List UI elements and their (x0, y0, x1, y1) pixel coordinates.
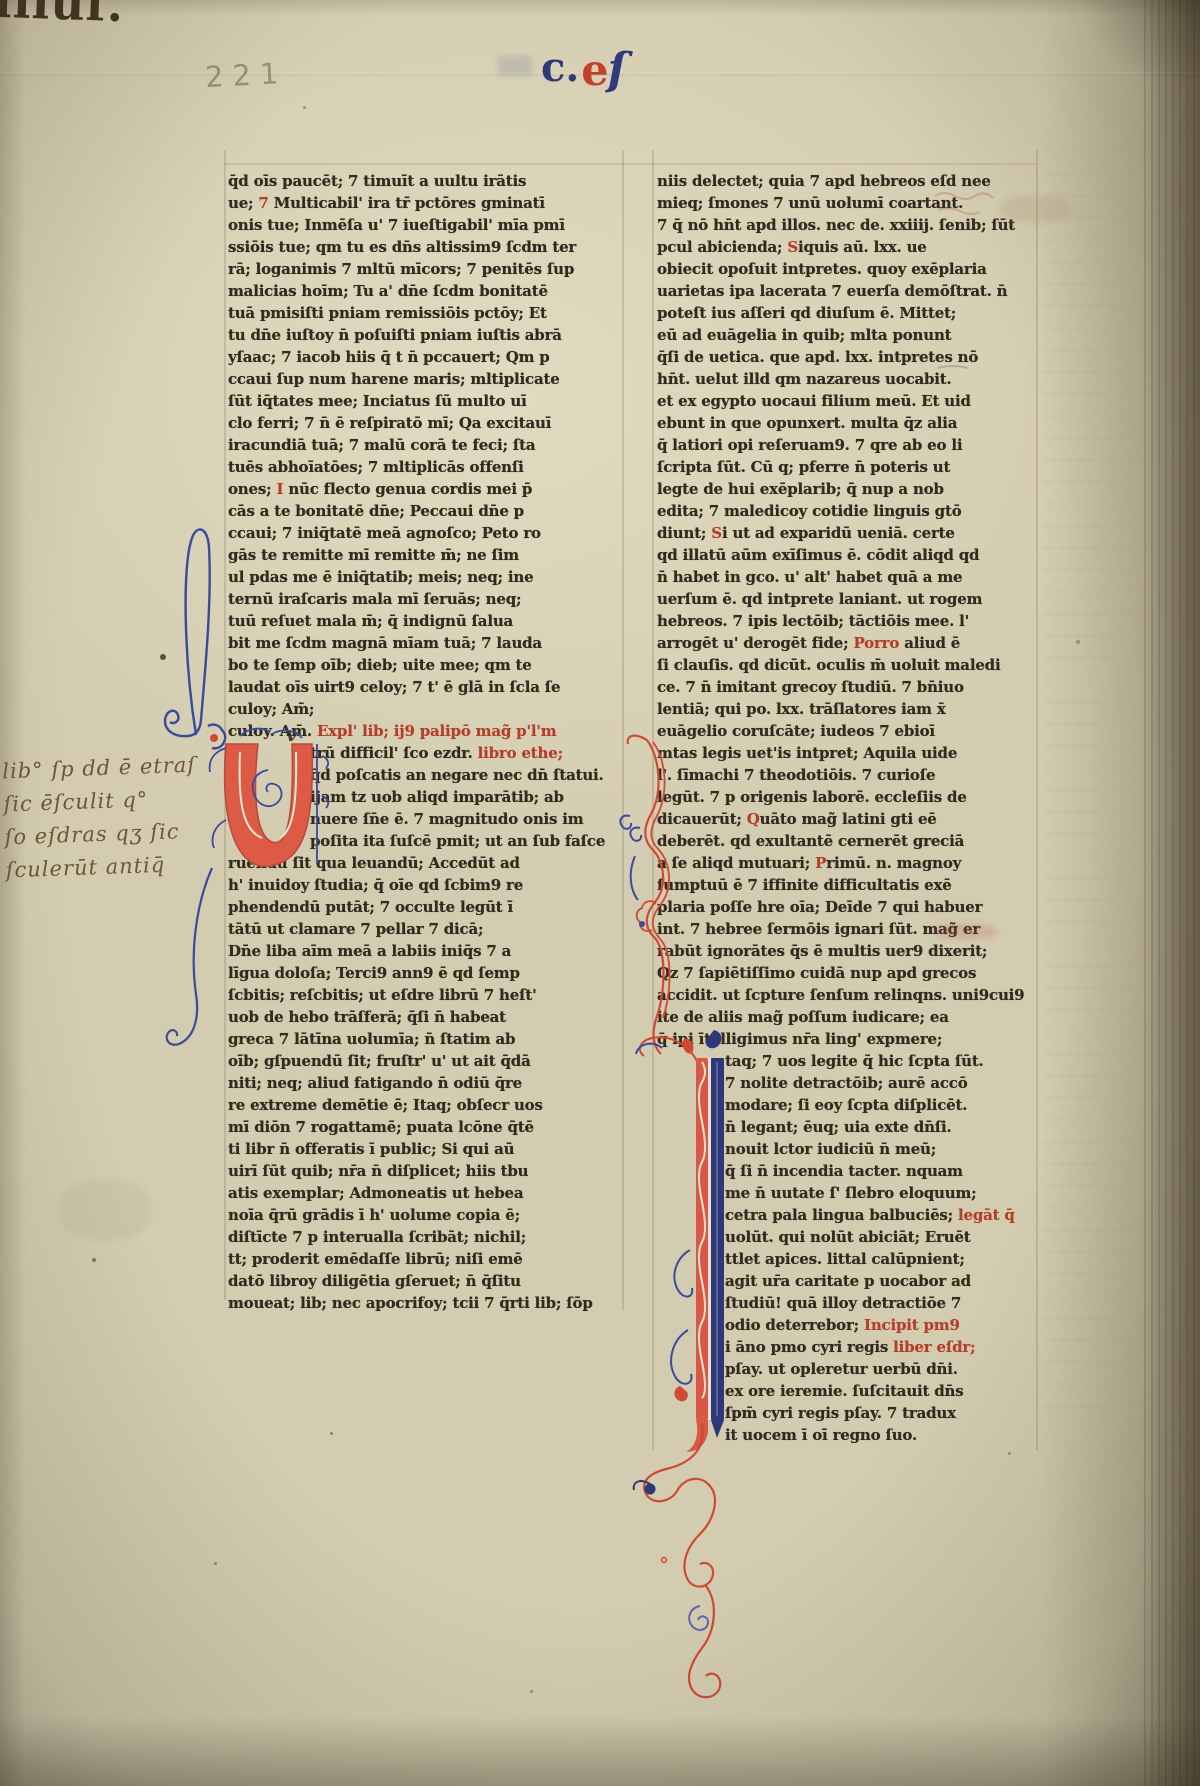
rubric-text: liber eſdr; (893, 1338, 975, 1356)
body-text: mtas legis uet'is intpret; Aquila uide (657, 744, 957, 762)
body-text: ijam tz uob aliqd imparātib; ab (310, 788, 564, 806)
manuscript-text-line: phendendū putāt; 7 occulte legūt ī (228, 896, 624, 918)
body-text: legūt. 7 p origenis laborē. eccleſiis de (657, 788, 967, 806)
manuscript-text-line: n̄ legant; ēuq; uia exte dn̄ſi. (657, 1116, 1035, 1138)
manuscript-text-line: taq; 7 uos legite q̄ hic ſcpta ſūt. (657, 1050, 1035, 1072)
body-text: edita; 7 maledicoy cotidie linguis gtō (657, 502, 962, 520)
body-text: eū ad euāgelia in quib; mlta ponunt (657, 326, 951, 344)
manuscript-text-line: datō libroy diligētia gſeruet; n̄ q̄ſitu (228, 1270, 624, 1292)
tail-flourish (634, 1424, 721, 1697)
ruling-line (224, 163, 1036, 165)
manuscript-text-line: tuā pmisiſti pniam remissiōis pctōy; Et (228, 302, 624, 324)
body-text: l'. ſīmachi 7 theodotiōis. 7 curioſe (657, 766, 935, 784)
body-text: euāgelio coruſcāte; iudeos 7 ebioī (657, 722, 935, 740)
manuscript-text-line: yſaac; 7 iacob hiis q̄ t n̄ pccauert; Qm… (228, 346, 624, 368)
marginal-gloss: lib° ſp dd ē etraſſic ēſculit q°ſo eſdra… (2, 749, 200, 888)
body-text: it uocem ī oī regno ſuo. (725, 1426, 917, 1444)
manuscript-text-line: iracundiā tuā; 7 malū corā te feci; ſta (228, 434, 624, 456)
manuscript-text-line: ccaui; 7 iniq̄tatē meā agnoſco; Peto ro (228, 522, 624, 544)
manuscript-text-line: noīa q̄rū grādis ī h' uolume copia ē; (228, 1204, 624, 1226)
manuscript-text-line: legūt. 7 p origenis laborē. eccleſiis de (657, 786, 1035, 808)
body-text: ssiōis tue; qm tu es dn̄s altissim9 ſcdm… (228, 238, 576, 256)
body-text: q̄ ſi n̄ incendia tacter. nquam (725, 1162, 963, 1180)
body-text: uob de hebo trāſferā; q̄ſi n̄ habeat (228, 1008, 506, 1026)
manuscript-text-line: nuere ſn̄e ē. 7 magnitudo onis im (228, 808, 624, 830)
ink-speck (92, 1258, 96, 1262)
body-text: ce. 7 n̄ imitant grecoy ſtudiū. 7 bn̄iuo (657, 678, 964, 696)
manuscript-page: ılluſ. 221 c. e ſ v lib° ſp dd ē etraſſi… (0, 0, 1200, 1786)
rubric-text: Expl' lib; ij9 palipō mag̃ p'l'm (317, 722, 556, 740)
body-text: datō libroy diligētia gſeruet; n̄ q̄ſitu (228, 1272, 521, 1290)
manuscript-text-line: 7 q̄ nō hn̄t apd illos. nec de. xxiiij. … (657, 214, 1035, 236)
body-text: q̄ latiori opi reſeruam9. 7 qre ab eo li (657, 436, 962, 454)
body-text: odio deterrebor; (725, 1316, 864, 1334)
body-text: niti; neq; aliud fatigando n̄ odiū q̄re (228, 1074, 522, 1092)
body-text: malicias hoīm; Tu a' dn̄e ſcdm bonitatē (228, 282, 548, 300)
body-text: me n̄ uutate ſ' ſlebro eloquum; (725, 1184, 976, 1202)
manuscript-text-line: malicias hoīm; Tu a' dn̄e ſcdm bonitatē (228, 280, 624, 302)
rubric-text: Incipit pm9 (864, 1316, 960, 1334)
body-text: ti libr n̄ offeratis ī public; Si qui aū (228, 1140, 514, 1158)
ruling-line (652, 150, 654, 1450)
running-header-glyph: c. (541, 44, 579, 91)
body-text: tt; proderit emēdaſſe librū; niſi emē (228, 1250, 523, 1268)
body-text: nūc flecto genua cordis mei p̄ (283, 480, 532, 498)
parchment-stain (60, 1180, 150, 1240)
body-text: diſtīcte 7 p interualla ſcribāt; nichil; (228, 1228, 526, 1246)
manuscript-text-line: q̄d oīs paucēt; 7 timuīt a uultu irātis (228, 170, 624, 192)
body-text: ſcripta ſūt. Cū q; pferre n̄ poteris ut (657, 458, 950, 476)
body-text: tuēs abhoīatōes; 7 mltiplicās offenſi (228, 458, 524, 476)
manuscript-text-line: mieq; ſmones 7 unū uolumī coartant. (657, 192, 1035, 214)
manuscript-text-line: bo te ſemp oīb; dieb; uite mee; qm te (228, 654, 624, 676)
manuscript-text-line: h' inuidoy ſtudia; q̄ oīe qd ſcbim9 re (228, 874, 624, 896)
body-text: rabūt ignorātes q̄s ē multis uer9 dixeri… (657, 942, 987, 960)
manuscript-text-line: niis delectet; quia 7 apd hebreos eſd ne… (657, 170, 1035, 192)
manuscript-text-line: hn̄t. uelut illd qm nazareus uocabit. (657, 368, 1035, 390)
manuscript-text-line: poſita ita ſuſcē pmit; ut an ſub faſce (228, 830, 624, 852)
manuscript-text-line: eū ad euāgelia in quib; mlta ponunt (657, 324, 1035, 346)
manuscript-text-line: a ſe aliqd mutuari; Primū. n. magnoy (657, 852, 1035, 874)
body-text: q̄d poſcatis an negare nec dn̄ ſtatui. (310, 766, 604, 784)
manuscript-text-line: ul pdas me ē iniq̄tatib; meis; neq; ine (228, 566, 624, 588)
manuscript-text-line: ti libr n̄ offeratis ī public; Si qui aū (228, 1138, 624, 1160)
header-ink-smear (498, 56, 532, 76)
body-text: ſic ēſculit q° (3, 787, 149, 816)
body-text: uāto mag̃ latini gti eē (760, 810, 937, 828)
body-text: ebunt in que opunxert. multa q̄z alia (657, 414, 957, 432)
body-text: qd illatū aūm exīſimus ē. cōdit aliqd qd (657, 546, 979, 564)
body-text: ſumptuū ē 7 iffinite difficultatis exē (657, 876, 952, 894)
manuscript-text-line: ebunt in que opunxert. multa q̄z alia (657, 412, 1035, 434)
body-text: cās a te bonitatē dn̄e; Peccaui dn̄e p (228, 502, 524, 520)
body-text: dicauerūt; (657, 810, 747, 828)
manuscript-text-line: tuēs abhoīatōes; 7 mltiplicās offenſi (228, 456, 624, 478)
margin-flourish-dot (210, 734, 218, 742)
manuscript-text-line: Qz 7 ſapiētiſſimo cuidā nup apd grecos (657, 962, 1035, 984)
body-text: oīb; gſpuendū ſit; fruſtr' u' ut ait q̄d… (228, 1052, 531, 1070)
manuscript-text-line: cetra pala lingua balbuciēs; legāt q̄ (657, 1204, 1035, 1226)
body-text: pcul abicienda; (657, 238, 787, 256)
manuscript-text-line: ſpm̄ cyri regis pſay. 7 tradux (657, 1402, 1035, 1424)
manuscript-text-line: dicauerūt; Quāto mag̃ latini gti eē (657, 808, 1035, 830)
manuscript-text-line: uerſum ē. qd intprete laniant. ut rogem (657, 588, 1035, 610)
body-text: uirī ſūt quib; nr̄a n̄ diſplicet; hiis t… (228, 1162, 528, 1180)
body-text: Dn̄e liba aīm meā a labiis iniq̄s 7 a (228, 942, 511, 960)
margin-tendril (167, 868, 212, 1045)
body-text: phendendū putāt; 7 occulte legūt ī (228, 898, 513, 916)
body-text: niis delectet; quia 7 apd hebreos eſd ne… (657, 172, 991, 190)
body-text: arrogēt u' derogēt fide; (657, 634, 854, 652)
manuscript-text-line: uolūt. qui nolūt abiciāt; Eruēt (657, 1226, 1035, 1248)
manuscript-text-line: hebreos. 7 ipis lectōib; tāctiōis mee. l… (657, 610, 1035, 632)
body-text: ex ore ieremie. ſuſcitauit dn̄s (725, 1382, 964, 1400)
manuscript-text-line: nouit lctor iudiciū n̄ meū; (657, 1138, 1035, 1160)
manuscript-text-line: ſūt iq̄tates mee; Inciatus ſū multo uī (228, 390, 624, 412)
body-text: q̄d oīs paucēt; 7 timuīt a uultu irātis (228, 172, 526, 190)
body-text: uarietas ipa lacerata 7 euerſa demōſtrat… (657, 282, 1007, 300)
body-text: i āno pmo cyri regis (725, 1338, 893, 1356)
body-text: hn̄t. uelut illd qm nazareus uocabit. (657, 370, 952, 388)
manuscript-text-line: ce. 7 n̄ imitant grecoy ſtudiū. 7 bn̄iuo (657, 676, 1035, 698)
manuscript-text-line: n̄ habet in gco. u' alt' habet quā a me (657, 566, 1035, 588)
body-text: agit ur̄a caritate p uocabor ad (725, 1272, 971, 1290)
body-text: hebreos. 7 ipis lectōib; tāctiōis mee. l… (657, 612, 969, 630)
body-text: ſi clauſis. qd dicūt. oculis m̄ uoluit m… (657, 656, 1000, 674)
running-header-glyph: ſ (608, 44, 627, 95)
manuscript-text-line: onis tue; Inmēſa u' 7 iueſtigabil' mīa p… (228, 214, 624, 236)
manuscript-text-line: mtas legis uet'is intpret; Aquila uide (657, 742, 1035, 764)
body-text: h' inuidoy ſtudia; q̄ oīe qd ſcbim9 re (228, 876, 523, 894)
body-text: ſtudiū! quā illoy detractiōe 7 (725, 1294, 961, 1312)
body-text: ccaui ſup num harene maris; mltiplicate (228, 370, 560, 388)
gloss-line: lib° ſp dd ē etraſ (2, 749, 197, 789)
body-text: ternū iraſcaris mala mī ſeruās; neq; (228, 590, 521, 608)
body-text: q̄ ipi ītelligimus nr̄a ling' expmere; (657, 1030, 942, 1048)
rubric-text: Porro (854, 634, 900, 652)
manuscript-text-line: tu dn̄e iuſtoy n̄ poſuiſti pniam iuſtis … (228, 324, 624, 346)
body-text: līgua doloſa; Terci9 ann9 ē qd ſemp (228, 964, 520, 982)
body-text: lentiā; qui po. lxx. trāſlatores iam x̄ (657, 700, 946, 718)
page-edge-stack (1144, 0, 1200, 1786)
manuscript-text-line: ternū iraſcaris mala mī ſeruās; neq; (228, 588, 624, 610)
manuscript-text-line: q̄ latiori opi reſeruam9. 7 qre ab eo li (657, 434, 1035, 456)
body-text: culoy; Am̄; (228, 700, 314, 718)
body-text: noīa q̄rū grādis ī h' uolume copia ē; (228, 1206, 520, 1224)
body-text: modare; ſi eoy ſcpta diſplicēt. (725, 1096, 967, 1114)
body-text: uerſum ē. qd intprete laniant. ut rogem (657, 590, 982, 608)
body-text: tātū ut clamare 7 pellar 7 dicā; (228, 920, 483, 938)
manuscript-text-line: obiecit opoſuit intpretes. quoy exēplari… (657, 258, 1035, 280)
body-text: ſo eſdras qʒ ſic (4, 819, 180, 849)
body-text: iquis aū. lxx. ue (798, 238, 927, 256)
body-text: yſaac; 7 iacob hiis q̄ t n̄ pccauert; Qm… (228, 348, 550, 366)
manuscript-text-line: atis exemplar; Admoneatis ut hebea (228, 1182, 624, 1204)
manuscript-text-line: legte de hui exēplarib; q̄ nup a nob (657, 478, 1035, 500)
body-text: mieq; ſmones 7 unū uolumī coartant. (657, 194, 963, 212)
manuscript-text-line: uob de hebo trāſferā; q̄ſi n̄ habeat (228, 1006, 624, 1028)
manuscript-text-line: odio deterrebor; Incipit pm9 (657, 1314, 1035, 1336)
manuscript-text-line: ones; I nūc flecto genua cordis mei p̄ (228, 478, 624, 500)
manuscript-text-line: pſay. ut opleretur uerbū dn̄i. (657, 1358, 1035, 1380)
manuscript-text-line: ttlet apices. littal calūpnient; (657, 1248, 1035, 1270)
body-text: ccaui; 7 iniq̄tatē meā agnoſco; Peto ro (228, 524, 541, 542)
folio-number-pencil: 221 (204, 56, 288, 94)
body-text: uolūt. qui nolūt abiciāt; Eruēt (725, 1228, 971, 1246)
margin-stain (1000, 196, 1070, 222)
body-text: 7 q̄ nō hn̄t apd illos. nec de. xxiiij. … (657, 216, 1015, 234)
manuscript-text-line: mī diōn 7 rogattamē; puata lcōne q̄tē (228, 1116, 624, 1138)
ink-speck (303, 106, 306, 109)
body-text: ite de aliis mag̃ poſſum iudicare; ea (657, 1008, 949, 1026)
body-text: et ex egypto uocaui filium meū. Et uid (657, 392, 971, 410)
manuscript-text-line: euāgelio coruſcāte; iudeos 7 ebioī (657, 720, 1035, 742)
manuscript-text-line: rā; loganimis 7 mltū mīcors; 7 penitēs ſ… (228, 258, 624, 280)
body-text: moueat; lib; nec apocrifoy; tcii 7 q̄rti… (228, 1294, 593, 1312)
manuscript-text-line: l'. ſīmachi 7 theodotiōis. 7 curioſe (657, 764, 1035, 786)
corner-shadow (1080, 0, 1200, 90)
body-text: aliud ē (899, 634, 960, 652)
manuscript-text-line: deberēt. qd exultantē cernerēt greciā (657, 830, 1035, 852)
body-text: tu dn̄e iuſtoy n̄ poſuiſti pniam iuſtis … (228, 326, 562, 344)
body-text: clo ferri; 7 n̄ ē reſpiratō mī; Qa excit… (228, 414, 551, 432)
body-text: ſculerūt antiq̄ (5, 853, 165, 883)
body-text: ue; (228, 194, 258, 212)
body-text: pſay. ut opleretur uerbū dn̄i. (725, 1360, 958, 1378)
manuscript-text-line: q̄ ſi n̄ incendia tacter. nquam (657, 1160, 1035, 1182)
manuscript-text-line: ſtudiū! quā illoy detractiōe 7 (657, 1292, 1035, 1314)
manuscript-text-line: laudat oīs uirt9 celoy; 7 t' ē glā in ſc… (228, 676, 624, 698)
body-text: cetra pala lingua balbuciēs; (725, 1206, 958, 1224)
manuscript-text-line: diunt; Si ut ad exparidū ueniā. certe (657, 522, 1035, 544)
body-text: atis exemplar; Admoneatis ut hebea (228, 1184, 523, 1202)
rubric-text: libro ethe; (478, 744, 563, 762)
manuscript-text-line: modare; ſi eoy ſcpta diſplicēt. (657, 1094, 1035, 1116)
body-text: a ſe aliqd mutuari; (657, 854, 815, 872)
manuscript-text-line: me n̄ uutate ſ' ſlebro eloquum; (657, 1182, 1035, 1204)
body-text: ſpm̄ cyri regis pſay. 7 tradux (725, 1404, 956, 1422)
body-text: gās te remitte mī remitte m̄; ne ſim (228, 546, 519, 564)
manuscript-text-line: ite de aliis mag̃ poſſum iudicare; ea (657, 1006, 1035, 1028)
body-text: rā; loganimis 7 mltū mīcors; 7 penitēs ſ… (228, 260, 574, 278)
body-text: Multicabil' ira tr̄ pctōres gminatī (269, 194, 545, 212)
body-text: nouit lctor iudiciū n̄ meū; (725, 1140, 936, 1158)
body-text: poteſt ius aſſeri qd diuſum ē. Mittet; (657, 304, 956, 322)
manuscript-text-line: ſcbitis; reſcbitis; ut eſdre librū 7 heſ… (228, 984, 624, 1006)
manuscript-text-line: culoy; Am̄; (228, 698, 624, 720)
manuscript-text-line: ſumptuū ē 7 iffinite difficultatis exē (657, 874, 1035, 896)
manuscript-text-line: lentiā; qui po. lxx. trāſlatores iam x̄ (657, 698, 1035, 720)
manuscript-text-line: poteſt ius aſſeri qd diuſum ē. Mittet; (657, 302, 1035, 324)
body-text: Qz 7 ſapiētiſſimo cuidā nup apd grecos (657, 964, 976, 982)
ink-speck (1008, 1452, 1011, 1455)
body-text: trū difficil' ſco ezdr. (310, 744, 478, 762)
manuscript-text-line: ccaui ſup num harene maris; mltiplicate (228, 368, 624, 390)
margin-flourish-loop (165, 529, 225, 748)
ink-speck (1076, 640, 1080, 644)
rubric-text: Q (747, 810, 760, 828)
manuscript-text-line: et ex egypto uocaui filium meū. Et uid (657, 390, 1035, 412)
body-text: ſūt iq̄tates mee; Inciatus ſū multo uī (228, 392, 527, 410)
manuscript-text-line: tuū reſuet mala m̄; q̄ indignū ſalua (228, 610, 624, 632)
manuscript-text-line: culoy. Am̄. Expl' lib; ij9 palipō mag̃ p… (228, 720, 624, 742)
manuscript-text-line: ssiōis tue; qm tu es dn̄s altissim9 ſcdm… (228, 236, 624, 258)
manuscript-text-line: ruendū ſit qua leuandū; Accedūt ad (228, 852, 624, 874)
body-text: onis tue; Inmēſa u' 7 iueſtigabil' mīa p… (228, 216, 565, 234)
manuscript-text-line: accidit. ut ſcpture ſenſum relinqns. uni… (657, 984, 1035, 1006)
body-text: laudat oīs uirt9 celoy; 7 t' ē glā in ſc… (228, 678, 560, 696)
manuscript-text-line: bit me ſcdm magnā mīam tuā; 7 lauda (228, 632, 624, 654)
ruling-line (224, 150, 226, 1300)
body-text: obiecit opoſuit intpretes. quoy exēplari… (657, 260, 987, 278)
manuscript-text-line: tt; proderit emēdaſſe librū; niſi emē (228, 1248, 624, 1270)
body-text: i ut ad exparidū ueniā. certe (722, 524, 955, 542)
body-text: accidit. ut ſcpture ſenſum relinqns. uni… (657, 986, 1024, 1004)
body-text: q̄ſi de uetica. que apd. lxx. intpretes … (657, 348, 978, 366)
manuscript-text-line: re extreme demētie ē; Itaq; obſecr uos (228, 1094, 624, 1116)
body-text: tuā pmisiſti pniam remissiōis pctōy; Et (228, 304, 547, 322)
manuscript-text-line: rabūt ignorātes q̄s ē multis uer9 dixeri… (657, 940, 1035, 962)
text-column-left: q̄d oīs paucēt; 7 timuīt a uultu irātisu… (228, 170, 624, 1314)
manuscript-text-line: cās a te bonitatē dn̄e; Peccaui dn̄e p (228, 500, 624, 522)
running-header: c. e ſ (541, 44, 627, 96)
body-text: ttlet apices. littal calūpnient; (725, 1250, 965, 1268)
body-text: iracundiā tuā; 7 malū corā te feci; ſta (228, 436, 535, 454)
body-text: taq; 7 uos legite q̄ hic ſcpta ſūt. (725, 1052, 984, 1070)
body-text: bo te ſemp oīb; dieb; uite mee; qm te (228, 656, 532, 674)
manuscript-text-line: i āno pmo cyri regis liber eſdr; (657, 1336, 1035, 1358)
body-text: ul pdas me ē iniq̄tatib; meis; neq; ine (228, 568, 533, 586)
body-text: poſita ita ſuſcē pmit; ut an ſub faſce (310, 832, 605, 850)
body-text: plaria poſſe hre oīa; Deīde 7 qui habuer (657, 898, 982, 916)
manuscript-text-line: plaria poſſe hre oīa; Deīde 7 qui habuer (657, 896, 1035, 918)
manuscript-text-line: edita; 7 maledicoy cotidie linguis gtō (657, 500, 1035, 522)
body-text: diunt; (657, 524, 711, 542)
ink-speck (530, 1690, 533, 1693)
body-text: rimū. n. magnoy (826, 854, 961, 872)
rubric-text: S (787, 238, 798, 256)
manuscript-text-line: tātū ut clamare 7 pellar 7 dicā; (228, 918, 624, 940)
manuscript-text-line: q̄d poſcatis an negare nec dn̄ ſtatui. (228, 764, 624, 786)
ink-speck (214, 1562, 217, 1565)
body-text: re extreme demētie ē; Itaq; obſecr uos (228, 1096, 543, 1114)
manuscript-text-line: uirī ſūt quib; nr̄a n̄ diſplicet; hiis t… (228, 1160, 624, 1182)
body-text: ruendū ſit qua leuandū; Accedūt ad (228, 854, 520, 872)
manuscript-text-line: clo ferri; 7 n̄ ē reſpiratō mī; Qa excit… (228, 412, 624, 434)
rubric-text: legāt q̄ (958, 1206, 1015, 1224)
body-text: deberēt. qd exultantē cernerēt greciā (657, 832, 964, 850)
manuscript-text-line: q̄ ipi ītelligimus nr̄a ling' expmere; (657, 1028, 1035, 1050)
corner-text-fragment: ılluſ. (0, 0, 130, 36)
manuscript-text-line: arrogēt u' derogēt fide; Porro aliud ē (657, 632, 1035, 654)
manuscript-text-line: diſtīcte 7 p interualla ſcribāt; nichil; (228, 1226, 624, 1248)
manuscript-text-line: trū difficil' ſco ezdr. libro ethe; (228, 742, 624, 764)
manuscript-text-line: greca 7 lātīna uolumīa; n̄ ſtatim ab (228, 1028, 624, 1050)
body-text: n̄ legant; ēuq; uia exte dn̄ſi. (725, 1118, 952, 1136)
running-header-glyph: e (581, 46, 608, 96)
body-text: culoy. Am̄. (228, 722, 317, 740)
body-text: legte de hui exēplarib; q̄ nup a nob (657, 480, 944, 498)
manuscript-text-line: q̄ſi de uetica. que apd. lxx. intpretes … (657, 346, 1035, 368)
body-text: nuere ſn̄e ē. 7 magnitudo onis im (310, 810, 583, 828)
manuscript-text-line: ijam tz uob aliqd imparātib; ab (228, 786, 624, 808)
manuscript-text-line: ex ore ieremie. ſuſcitauit dn̄s (657, 1380, 1035, 1402)
ruling-line (1036, 150, 1038, 1450)
manuscript-text-line: ſcripta ſūt. Cū q; pferre n̄ poteris ut (657, 456, 1035, 478)
body-text: 7 nolite detractōib; aurē accō (725, 1074, 968, 1092)
rubric-text: P (815, 854, 826, 872)
rubric-text: 7 (258, 194, 268, 212)
manuscript-text-line: Dn̄e liba aīm meā a labiis iniq̄s 7 a (228, 940, 624, 962)
ink-speck (160, 654, 166, 660)
body-text: greca 7 lātīna uolumīa; n̄ ſtatim ab (228, 1030, 515, 1048)
manuscript-text-line: it uocem ī oī regno ſuo. (657, 1424, 1035, 1446)
manuscript-text-line: līgua doloſa; Terci9 ann9 ē qd ſemp (228, 962, 624, 984)
manuscript-text-line: ſi clauſis. qd dicūt. oculis m̄ uoluit m… (657, 654, 1035, 676)
body-text: ſcbitis; reſcbitis; ut eſdre librū 7 heſ… (228, 986, 536, 1004)
margin-stain (935, 924, 997, 939)
manuscript-text-line: agit ur̄a caritate p uocabor ad (657, 1270, 1035, 1292)
body-text: n̄ habet in gco. u' alt' habet quā a me (657, 568, 962, 586)
manuscript-text-line: moueat; lib; nec apocrifoy; tcii 7 q̄rti… (228, 1292, 624, 1314)
ink-speck (330, 1432, 333, 1435)
body-text: ones; (228, 480, 276, 498)
rubric-text: S (711, 524, 722, 542)
body-text: bit me ſcdm magnā mīam tuā; 7 lauda (228, 634, 542, 652)
text-column-right: niis delectet; quia 7 apd hebreos eſd ne… (657, 170, 1035, 1446)
body-text: int. 7 hebree ſermōis ignari ſūt. mag̃ e… (657, 920, 980, 938)
manuscript-text-line: uarietas ipa lacerata 7 euerſa demōſtrat… (657, 280, 1035, 302)
gloss-line: ſculerūt antiq̄ (5, 848, 200, 888)
gloss-line: ſo eſdras qʒ ſic (4, 815, 199, 855)
manuscript-text-line: pcul abicienda; Siquis aū. lxx. ue (657, 236, 1035, 258)
manuscript-text-line: ue; 7 Multicabil' ira tr̄ pctōres gminat… (228, 192, 624, 214)
body-text: mī diōn 7 rogattamē; puata lcōne q̄tē (228, 1118, 534, 1136)
verso-showthrough (1042, 150, 1134, 1410)
body-text: tuū reſuet mala m̄; q̄ indignū ſalua (228, 612, 513, 630)
manuscript-text-line: oīb; gſpuendū ſit; fruſtr' u' ut ait q̄d… (228, 1050, 624, 1072)
manuscript-text-line: qd illatū aūm exīſimus ē. cōdit aliqd qd (657, 544, 1035, 566)
manuscript-text-line: 7 nolite detractōib; aurē accō (657, 1072, 1035, 1094)
manuscript-text-line: gās te remitte mī remitte m̄; ne ſim (228, 544, 624, 566)
body-text: lib° ſp dd ē etraſ (2, 753, 197, 784)
manuscript-text-line: niti; neq; aliud fatigando n̄ odiū q̄re (228, 1072, 624, 1094)
